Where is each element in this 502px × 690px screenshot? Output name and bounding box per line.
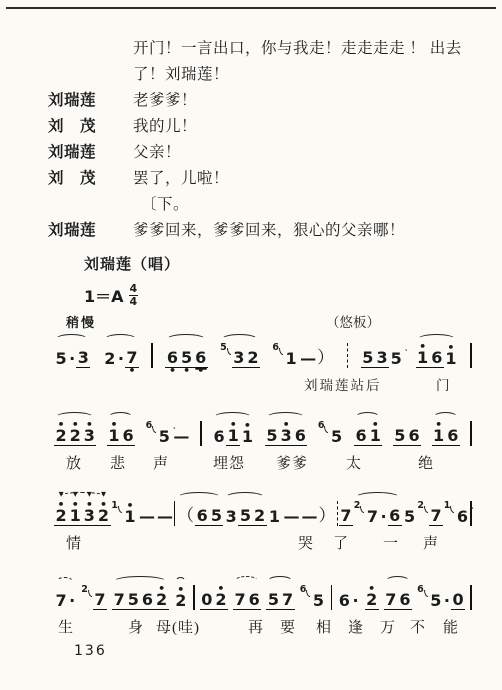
note-digit: 1•	[240, 427, 254, 446]
octave-dot-above: •	[68, 499, 82, 510]
note-group: 57	[266, 572, 294, 610]
note-digit: 3	[232, 348, 246, 368]
lyric-syllable: 母(哇)	[156, 616, 200, 637]
note-digit: 2	[246, 348, 260, 368]
note-digit: 5•	[180, 348, 194, 368]
page-top-rule	[6, 7, 496, 9]
note-group: 1•6	[107, 408, 135, 446]
meter-bottom: 4	[130, 296, 138, 308]
duration-dash: —	[137, 507, 155, 526]
note-digit: 6ˋ	[455, 507, 469, 526]
octave-dot-above: •	[214, 583, 228, 594]
dialogue-text: 我的儿！	[133, 114, 476, 140]
note-digit: 7•	[125, 348, 139, 368]
rhythm-dot: ·	[380, 507, 388, 526]
key-signature: 1＝A 4 4	[84, 283, 138, 307]
note-digit: 5	[209, 506, 223, 526]
dialogue-block: 开门！一言出口，你与我走！走走走走 ！ 出去了！刘瑞莲！刘瑞莲老爹爹！刘 茂我的…	[48, 36, 476, 244]
slur-arc	[234, 576, 259, 587]
duration-dash: —	[281, 507, 299, 526]
octave-dot-above: •	[82, 419, 96, 430]
note-digit: 2	[252, 506, 266, 526]
note-group: 16ˋ	[444, 489, 470, 526]
note-group: 56	[393, 408, 421, 446]
accent-mark: ▼	[96, 491, 110, 498]
dialogue-row: 开门！一言出口，你与我走！走走走走 ！ 出去	[48, 36, 476, 62]
note-group: 535ˋ	[361, 330, 403, 368]
octave-dot-above: •	[155, 583, 169, 594]
note-group: 2·7•	[103, 330, 139, 368]
note-digit: 6	[337, 591, 351, 610]
duration-dash: —	[171, 427, 189, 446]
note-digit: 3•▼	[82, 506, 96, 526]
dashed-barline	[347, 343, 348, 368]
note-digit: 7	[233, 590, 247, 610]
duration-dash: —	[298, 349, 316, 368]
dialogue-text: 开门！一言出口，你与我走！走走走走 ！ 出去	[133, 36, 476, 62]
rhythm-dot: ·	[68, 591, 76, 610]
time-signature: 4 4	[129, 283, 139, 307]
paren: ）	[316, 349, 335, 368]
dialogue-text: 父亲！	[133, 140, 476, 166]
note-digit: 5	[311, 591, 325, 610]
speaker-name: 刘瑞莲	[48, 218, 133, 244]
lyric-syllable: 放	[66, 452, 82, 473]
grace-note: 6	[146, 421, 157, 433]
grace-note: 2	[354, 501, 365, 513]
accent-mark: ▼	[68, 491, 82, 498]
speaker-name	[48, 192, 133, 218]
dialogue-text: 了！刘瑞莲！	[133, 62, 476, 88]
slur-arc	[385, 576, 410, 587]
note-digit: 2•	[54, 426, 68, 446]
octave-dot-above: •	[54, 419, 68, 430]
lyric-syllable: 埋怨	[213, 452, 245, 473]
note-digit: 7ˋ	[429, 506, 443, 526]
note-group: 61—）	[272, 331, 335, 368]
note-digit: 5	[266, 590, 280, 610]
note-group: 61•1•	[212, 408, 254, 446]
note-digit: 3	[76, 348, 90, 368]
note-digit: 1•	[416, 348, 430, 368]
note-digit: 0	[451, 590, 465, 610]
note-group: 2•2•3•	[54, 408, 96, 446]
dialogue-row: 刘瑞莲老爹爹！	[48, 88, 476, 114]
note-digit: 1•	[123, 507, 137, 526]
score-annotation: 门	[436, 374, 452, 394]
octave-dot-above: •	[123, 500, 137, 511]
grace-note: 6	[417, 585, 428, 597]
score-line-2: 2•2•3•1•665ˋ—61•1•53•66561•561•6放悲声埋怨爹爹太…	[54, 408, 472, 478]
lyric-syllable: 悲	[110, 452, 126, 473]
note-group: 65	[300, 573, 326, 610]
note-digit: 6	[430, 348, 444, 368]
lyric-syllable: 太	[346, 452, 362, 473]
lyric-syllable: 生	[58, 616, 74, 637]
note-digit: 6	[354, 426, 368, 446]
slur-arc	[55, 577, 74, 588]
slur-arc	[177, 492, 221, 503]
note-digit: 5	[429, 591, 443, 610]
note-group: 27·6	[354, 488, 402, 526]
notes-row: 2•▼1•▼3•▼2•▼11•——（653521——）727·6527ˋ16ˋ	[54, 488, 472, 526]
dialogue-row: 刘 茂我的儿！	[48, 114, 476, 140]
paren: （	[176, 507, 195, 526]
speaker-name: 刘 茂	[48, 114, 133, 140]
note-group: 5·3	[54, 330, 90, 368]
octave-dot-above: •	[82, 499, 96, 510]
note-digit: 5	[329, 427, 343, 446]
note-group: 6·	[337, 573, 359, 610]
score-line-4: 7·277562•2•02•7657656·2•7665·0生身母(哇)再要相逢…	[54, 572, 472, 642]
note-group: 27	[81, 572, 107, 610]
note-group: 2•▼1•▼3•▼2•▼	[54, 488, 111, 526]
grace-note: 6	[318, 421, 329, 433]
grace-note: 6	[272, 343, 283, 355]
octave-dot-above: •	[68, 419, 82, 430]
dialogue-row: 刘 茂罢了，儿啦！	[48, 166, 476, 192]
note-digit: 6	[212, 427, 226, 446]
note-digit: 2•▼	[96, 506, 110, 526]
dialogue-text: 罢了，儿啦！	[133, 166, 476, 192]
duration-dash: —	[299, 507, 317, 526]
note-digit: 1	[267, 507, 281, 526]
note-digit: 2	[103, 349, 117, 368]
lyric-syllable: 绝	[418, 452, 434, 473]
octave-dot-below: •	[165, 365, 179, 376]
note-digit: 7	[93, 590, 107, 610]
note-digit: 5	[393, 426, 407, 446]
octave-dot-above: •	[432, 419, 446, 430]
barline	[200, 421, 202, 446]
note-digit: 6	[140, 590, 154, 610]
note-group: （65	[176, 488, 223, 526]
note-digit: 6	[247, 590, 261, 610]
barline	[470, 343, 472, 368]
note-digit: 7	[384, 590, 398, 610]
octave-dot-below: •	[194, 365, 208, 376]
speaker-name: 刘 茂	[48, 166, 133, 192]
octave-dot-above: •	[365, 583, 379, 594]
note-group: 1•6	[432, 408, 460, 446]
slur-arc	[225, 492, 264, 503]
note-group: 532	[220, 330, 260, 368]
score-line-1: 5·32·7•6•5•6•53261—）535ˋ1•61•刘瑞莲站后门	[54, 330, 472, 400]
note-group: 65	[318, 409, 344, 446]
note-digit: 2•	[174, 591, 188, 610]
octave-dot-above: •	[96, 499, 110, 510]
dialogue-text: 〔下。	[133, 192, 476, 218]
octave-dot-below: •	[125, 365, 139, 376]
note-group: 5	[402, 489, 416, 526]
score-annotation: 刘瑞莲站后	[304, 374, 382, 394]
singer-heading: 刘瑞莲（唱）	[84, 253, 180, 274]
note-digit: 6	[446, 426, 460, 446]
grace-note: 2	[81, 585, 92, 597]
lyric-syllable: 能	[443, 616, 459, 637]
barline	[151, 343, 153, 368]
note-digit: 1•	[444, 349, 458, 368]
lyric-syllable: 要	[280, 616, 296, 637]
note-digit: 1•▼	[68, 506, 82, 526]
note-digit: 6•	[194, 348, 208, 368]
note-group: 1——）	[267, 489, 336, 526]
banshi-label: （悠板）	[326, 311, 380, 331]
slur-arc	[267, 576, 292, 587]
accent-mark: ▼	[54, 491, 68, 498]
note-digit: 1•	[368, 426, 382, 446]
lyric-syllable: 爹爹	[276, 452, 308, 473]
octave-dot-above: •	[240, 420, 254, 431]
dialogue-row: 了！刘瑞莲！	[48, 62, 476, 88]
notes-row: 5·32·7•6•5•6•53261—）535ˋ1•61•	[54, 330, 472, 368]
accent-mark: ▼	[82, 491, 96, 498]
octave-dot-above: •	[444, 342, 458, 353]
note-group: 02•	[200, 572, 228, 610]
lyric-syllable: 一	[383, 532, 399, 553]
speaker-name: 刘瑞莲	[48, 140, 133, 166]
rhythm-dot: ·	[68, 349, 76, 368]
lyric-syllable: 相	[316, 616, 332, 637]
octave-dot-above: •	[279, 419, 293, 430]
lyric-syllable: 声	[153, 452, 169, 473]
octave-dot-above: •	[54, 499, 68, 510]
note-group: 11•——	[111, 489, 173, 526]
note-digit: 3•	[279, 426, 293, 446]
barline	[470, 421, 472, 446]
note-digit: 7	[339, 506, 353, 526]
lyric-syllable: 再	[248, 616, 264, 637]
lyric-syllable: 了	[333, 532, 349, 553]
note-digit: 2•	[214, 590, 228, 610]
dialogue-row: 刘瑞莲爹爹回来，爹爹回来，狠心的父亲哪！	[48, 218, 476, 244]
note-digit: 3	[224, 507, 238, 526]
grace-note: 2	[417, 501, 428, 513]
paren: ）	[317, 507, 336, 526]
note-group: 7562•	[112, 572, 169, 610]
note-digit: 1	[284, 349, 298, 368]
slur-arc	[104, 334, 137, 345]
rhythm-dot: ·	[443, 591, 451, 610]
note-digit: 6•	[165, 348, 179, 368]
note-group: 53•6	[265, 408, 307, 446]
note-group: 352	[224, 488, 266, 526]
score-page: 开门！一言出口，你与我走！走走走走 ！ 出去了！刘瑞莲！刘瑞莲老爹爹！刘 茂我的…	[0, 0, 502, 690]
note-group: 65ˋ—	[146, 409, 190, 446]
duration-dash: —	[155, 507, 173, 526]
breath-tick: ˋ	[470, 503, 475, 522]
note-digit: 7	[112, 590, 126, 610]
note-digit: 1•	[432, 426, 446, 446]
speaker-name	[48, 36, 133, 62]
dialogue-row: 刘瑞莲父亲！	[48, 140, 476, 166]
note-digit: 5ˋ	[389, 349, 403, 368]
barline	[331, 585, 333, 610]
note-group: 1•61•	[416, 330, 458, 368]
octave-dot-above: •	[416, 341, 430, 352]
grace-note: 1	[444, 501, 455, 513]
note-group: 6•5•6•	[165, 330, 207, 368]
octave-dot-above: •	[226, 419, 240, 430]
grace-note: 1	[111, 501, 122, 513]
note-digit: 5	[126, 590, 140, 610]
note-digit: 5	[361, 348, 375, 368]
note-digit: 1•	[226, 426, 240, 446]
octave-dot-above: •	[368, 419, 382, 430]
barline	[193, 585, 195, 610]
grace-note: 6	[300, 585, 311, 597]
octave-dot-above: •	[107, 419, 121, 430]
note-digit: 6	[398, 590, 412, 610]
octave-dot-below: •	[180, 365, 194, 376]
speaker-name	[48, 62, 133, 88]
note-group: 27ˋ	[417, 488, 443, 526]
rhythm-dot: ·	[351, 591, 359, 610]
lyric-syllable: 逢	[348, 616, 364, 637]
lyric-syllable: 声	[423, 532, 439, 553]
note-group: 61•	[354, 408, 382, 446]
note-digit: 6	[293, 426, 307, 446]
lyric-syllable: 身	[128, 616, 144, 637]
note-digit: 5	[265, 426, 279, 446]
lyric-syllable: 哭	[298, 532, 314, 553]
note-digit: 1•	[107, 426, 121, 446]
note-digit: 2•▼	[54, 506, 68, 526]
note-digit: 5	[54, 349, 68, 368]
slur-arc	[166, 334, 205, 345]
dialogue-text: 老爹爹！	[133, 88, 476, 114]
note-group: 76	[233, 572, 261, 610]
grace-note: 5	[220, 343, 231, 355]
notes-row: 7·277562•2•02•7657656·2•7665·0	[54, 572, 472, 610]
barline	[470, 585, 472, 610]
note-digit: 7	[281, 590, 295, 610]
score-line-3: 2•▼1•▼3•▼2•▼11•——（653521——）727·6527ˋ16ˋ情…	[54, 488, 472, 558]
lyric-syllable: 万	[380, 616, 396, 637]
note-digit: 0	[200, 590, 214, 610]
note-digit: 5	[238, 506, 252, 526]
note-digit: 6	[388, 506, 402, 526]
stage-direction-row: 〔下。	[48, 192, 476, 218]
note-group: 7	[339, 488, 353, 526]
meter-top: 4	[129, 283, 139, 296]
note-digit: 2•	[68, 426, 82, 446]
note-group: 2•	[365, 572, 379, 610]
note-digit: 3	[375, 348, 389, 368]
key-label: 1＝A	[84, 284, 124, 307]
slur-arc	[55, 334, 88, 345]
note-group: 7·	[54, 573, 76, 610]
note-group: 76	[384, 572, 412, 610]
tempo-marking: 稍慢	[66, 312, 96, 331]
note-digit: 6	[195, 506, 209, 526]
lyric-syllable: 不	[410, 616, 426, 637]
octave-dot-above: •	[174, 584, 188, 595]
note-digit: 5ˋ	[157, 427, 171, 446]
note-digit: 7	[54, 591, 68, 610]
breath-tick: ˋ	[403, 345, 408, 364]
note-group: 2•	[174, 573, 188, 610]
note-digit: 5	[402, 507, 416, 526]
dialogue-text: 爹爹回来，爹爹回来，狠心的父亲哪！	[133, 218, 476, 244]
note-digit: 6	[121, 426, 135, 446]
note-digit: 2•	[155, 590, 169, 610]
lyric-syllable: 情	[66, 532, 82, 553]
rhythm-dot: ·	[117, 349, 125, 368]
note-digit: 7	[365, 507, 379, 526]
notes-row: 2•2•3•1•665ˋ—61•1•53•66561•561•6	[54, 408, 472, 446]
page-number: 136	[74, 643, 107, 659]
speaker-name: 刘瑞莲	[48, 88, 133, 114]
note-group: 65·0	[417, 572, 465, 610]
note-digit: 2•	[365, 590, 379, 610]
note-digit: 6	[407, 426, 421, 446]
note-digit: 3•	[82, 426, 96, 446]
